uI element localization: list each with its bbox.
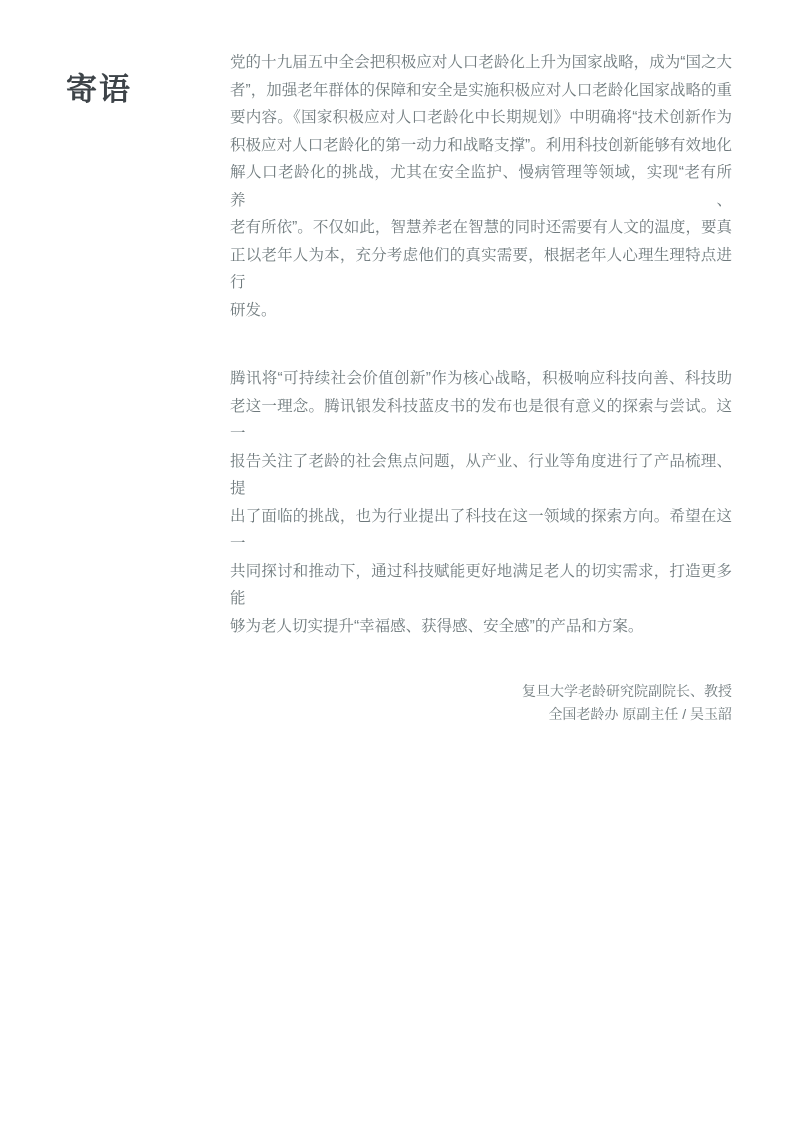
signature-name-line: 全国老龄办 原副主任 / 吴玉韶: [230, 703, 732, 726]
paragraph-2-line: 腾讯将“可持续社会价值创新”作为核心战略，积极响应科技向善、科技助: [230, 365, 732, 393]
paragraph-2-line: 老这一理念。腾讯银发科技蓝皮书的发布也是很有意义的探索与尝试。这一: [230, 393, 732, 448]
document-page: 寄语 党的十九届五中全会把积极应对人口老龄化上升为国家战略，成为“国之大 者”，…: [0, 0, 794, 1122]
paragraph-1-line: 正以老年人为本，充分考虑他们的真实需要，根据老年人心理生理特点进行: [230, 242, 732, 297]
page-title: 寄语: [66, 71, 132, 108]
paragraph-1-line: 者”，加强老年群体的保障和安全是实施积极应对人口老龄化国家战略的重: [230, 77, 732, 105]
paragraph-2-line: 够为老人切实提升“幸福感、获得感、安全感”的产品和方案。: [230, 613, 732, 641]
signature-block: 复旦大学老龄研究院副院长、教授 全国老龄办 原副主任 / 吴玉韶: [230, 680, 732, 725]
paragraph-1: 党的十九届五中全会把积极应对人口老龄化上升为国家战略，成为“国之大 者”，加强老…: [230, 49, 732, 324]
signature-title-line: 复旦大学老龄研究院副院长、教授: [230, 680, 732, 703]
paragraph-1-line: 党的十九届五中全会把积极应对人口老龄化上升为国家战略，成为“国之大: [230, 49, 732, 77]
paragraph-1-line: 解人口老龄化的挑战，尤其在安全监护、慢病管理等领域，实现“老有所养、: [230, 159, 732, 214]
paragraph-1-line: 积极应对人口老龄化的第一动力和战略支撑”。利用科技创新能够有效地化: [230, 132, 732, 160]
paragraph-2-line: 出了面临的挑战，也为行业提出了科技在这一领域的探索方向。希望在这一: [230, 503, 732, 558]
body-text: 党的十九届五中全会把积极应对人口老龄化上升为国家战略，成为“国之大 者”，加强老…: [230, 49, 732, 725]
paragraph-1-line: 要内容。《国家积极应对人口老龄化中长期规划》中明确将“技术创新作为: [230, 104, 732, 132]
paragraph-1-line: 老有所依”。不仅如此，智慧养老在智慧的同时还需要有人文的温度，要真: [230, 214, 732, 242]
paragraph-1-line: 研发。: [230, 297, 732, 325]
paragraph-2: 腾讯将“可持续社会价值创新”作为核心战略，积极响应科技向善、科技助 老这一理念。…: [230, 365, 732, 640]
paragraph-2-line: 共同探讨和推动下，通过科技赋能更好地满足老人的切实需求，打造更多能: [230, 558, 732, 613]
paragraph-2-line: 报告关注了老龄的社会焦点问题，从产业、行业等角度进行了产品梳理、提: [230, 448, 732, 503]
